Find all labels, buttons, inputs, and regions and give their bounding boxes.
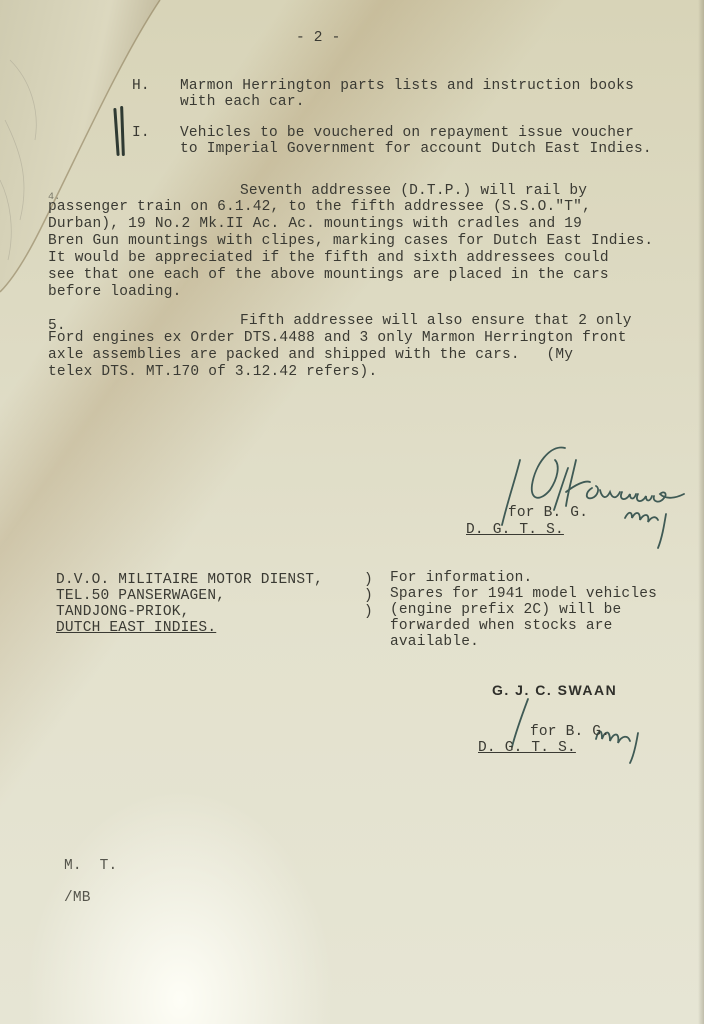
paragraph-4-line-5: It would be appreciated if the fifth and… (48, 250, 609, 266)
paragraph-4-line-4: Bren Gun mountings with clipes, marking … (48, 233, 653, 249)
copy-to-note-2: Spares for 1941 model vehicles (390, 586, 657, 602)
item-i-line-1: Vehicles to be vouchered on repayment is… (180, 125, 634, 141)
copy-to-note-5: available. (390, 634, 479, 650)
paragraph-5-line-2: Ford engines ex Order DTS.4488 and 3 onl… (48, 330, 627, 346)
paragraph-5-line-3: axle assemblies are packed and shipped w… (48, 347, 573, 363)
paragraph-5-line-1: Fifth addressee will also ensure that 2 … (240, 313, 632, 329)
item-h-line-2: with each car. (180, 94, 305, 110)
paragraph-4-line-7: before loading. (48, 284, 182, 300)
stamped-name: G. J. C. SWAAN (492, 682, 617, 698)
item-h-line-1: Marmon Herrington parts lists and instru… (180, 78, 634, 94)
item-i-line-2: to Imperial Government for account Dutch… (180, 141, 652, 157)
paragraph-4-line-6: see that one each of the above mountings… (48, 267, 609, 283)
bracket-3: ) (364, 604, 373, 620)
copy-to-address-1: D.V.O. MILITAIRE MOTOR DIENST, (56, 572, 323, 588)
page-number: - 2 - (296, 30, 341, 46)
footer-reference: /MB (64, 890, 91, 906)
copy-to-address-3: TANDJONG-PRIOK, (56, 604, 190, 620)
signature-2-dgts: D. G. T. S. (478, 740, 576, 756)
item-h-label: H. (132, 78, 150, 94)
paragraph-4-line-3: Durban), 19 No.2 Mk.II Ac. Ac. mountings… (48, 216, 582, 232)
footer-initials: M. T. (64, 858, 117, 874)
copy-to-note-4: forwarded when stocks are (390, 618, 613, 634)
copy-to-address-4: DUTCH EAST INDIES. (56, 620, 216, 636)
signature-1-for-bg: for B. G. (508, 505, 588, 521)
paragraph-4-line-2: passenger train on 6.1.42, to the fifth … (48, 199, 591, 215)
signature-2-for-bg: for B. G. (530, 724, 610, 740)
bracket-1: ) (364, 572, 373, 588)
signature-1-dgts: D. G. T. S. (466, 522, 564, 538)
copy-to-note-1: For information. (390, 570, 532, 586)
item-i-label: I. (132, 125, 150, 141)
copy-to-address-2: TEL.50 PANSERWAGEN, (56, 588, 225, 604)
page-right-edge (698, 0, 704, 1024)
paragraph-4-line-1: Seventh addressee (D.T.P.) will rail by (240, 183, 587, 199)
paragraph-5-line-4: telex DTS. MT.170 of 3.12.42 refers). (48, 364, 377, 380)
copy-to-note-3: (engine prefix 2C) will be (390, 602, 621, 618)
bracket-2: ) (364, 588, 373, 604)
